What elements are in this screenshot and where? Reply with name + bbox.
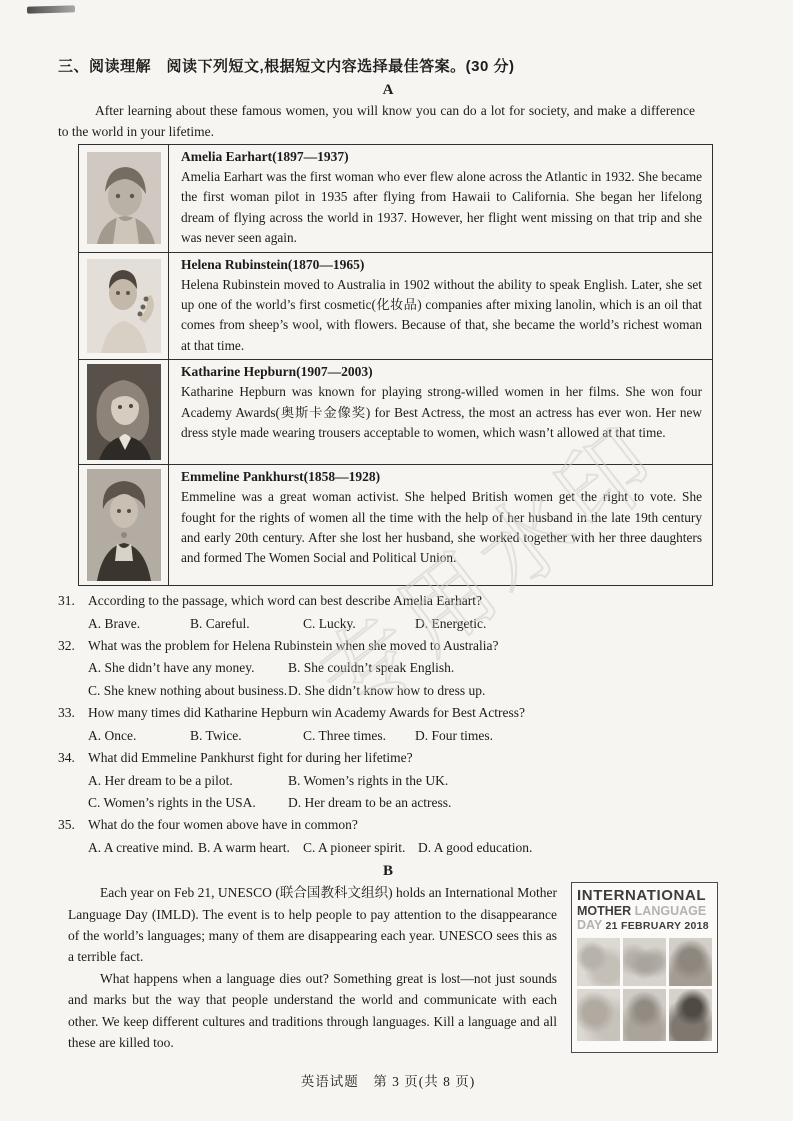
option-a: A. Brave. [88,613,190,635]
question-33: 33.How many times did Katharine Hepburn … [58,702,718,747]
options-row: A. Once.B. Twice.C. Three times.D. Four … [88,725,718,747]
profile-name: Katharine Hepburn [181,364,296,379]
passage-b-paragraph-1: Each year on Feb 21, UNESCO (联合国教科文组织) h… [68,882,557,968]
question-text: What was the problem for Helena Rubinste… [88,635,499,657]
exam-page: 专用水印 三、阅读理解 阅读下列短文,根据短文内容选择最佳答案。(30 分) A… [0,0,793,1121]
table-row-emmeline-pankhurst: Emmeline Pankhurst(1858—1928) Emmeline w… [79,464,712,585]
option-c: C. Lucky. [303,613,415,635]
options-row: C. Women’s rights in the USA.D. Her drea… [88,792,718,814]
question-35: 35.What do the four women above have in … [58,814,718,859]
table-row-amelia-earhart: Amelia Earhart(1897—1937) Amelia Earhart… [79,145,712,252]
question-text: How many times did Katharine Hepburn win… [88,702,525,724]
profile-bio: Amelia Earhart was the first woman who e… [181,167,702,249]
table-row-helena-rubinstein: Helena Rubinstein(1870—1965) Helena Rubi… [79,252,712,360]
profile-name-line: Emmeline Pankhurst(1858—1928) [181,467,702,487]
option-b: B. Twice. [190,725,303,747]
options-row: A. A creative mind.B. A warm heart.C. A … [88,837,718,859]
passage-b-text: Each year on Feb 21, UNESCO (联合国教科文组织) h… [68,882,557,1053]
table-row-katharine-hepburn: Katharine Hepburn(1907—2003) Katharine H… [79,359,712,464]
part-a-label: A [58,80,718,100]
option-a: A. Her dream to be a pilot. [88,770,288,792]
option-d: D. A good education. [418,837,532,859]
profile-name: Emmeline Pankhurst [181,469,304,484]
option-d: D. She didn’t know how to dress up. [288,680,485,702]
option-d: D. Her dream to be an actress. [288,792,451,814]
bio-cell: Katharine Hepburn(1907—2003) Katharine H… [169,360,712,464]
options-row: C. She knew nothing about business.D. Sh… [88,680,718,702]
poster-title-line2: MOTHER LANGUAGE [577,904,712,918]
option-b: B. She couldn’t speak English. [288,657,454,679]
profile-bio: Emmeline was a great woman activist. She… [181,487,702,569]
passage-b: Each year on Feb 21, UNESCO (联合国教科文组织) h… [68,882,718,1053]
option-c: C. Women’s rights in the USA. [88,792,288,814]
passage-b-paragraph-2: What happens when a language dies out? S… [68,968,557,1054]
photo-cell [79,145,169,252]
question-31: 31.According to the passage, which word … [58,590,718,635]
poster-word-day: DAY [577,918,602,932]
katharine-hepburn-photo [87,364,161,460]
profile-bio: Katharine Hepburn was known for playing … [181,382,702,443]
helena-rubinstein-photo [87,259,161,353]
profile-name-line: Amelia Earhart(1897—1937) [181,147,702,167]
option-c: C. A pioneer spirit. [303,837,418,859]
emmeline-pankhurst-photo [87,469,161,581]
option-b: B. Women’s rights in the UK. [288,770,448,792]
option-d: D. Energetic. [415,613,486,635]
option-d: D. Four times. [415,725,493,747]
poster-title-line3: DAY 21 FEBRUARY 2018 [577,918,712,934]
question-number: 33. [58,702,88,724]
poster-photo [577,938,620,986]
bio-cell: Emmeline Pankhurst(1858—1928) Emmeline w… [169,465,712,585]
question-32: 32.What was the problem for Helena Rubin… [58,635,718,702]
poster-photo [623,938,666,986]
bio-cell: Helena Rubinstein(1870—1965) Helena Rubi… [169,253,712,360]
bio-cell: Amelia Earhart(1897—1937) Amelia Earhart… [169,145,712,252]
question-34: 34.What did Emmeline Pankhurst fight for… [58,747,718,814]
photo-cell [79,360,169,464]
part-b-label: B [58,861,718,881]
poster-photo [669,989,712,1041]
question-text: According to the passage, which word can… [88,590,482,612]
options-row: A. Brave.B. Careful.C. Lucky.D. Energeti… [88,613,718,635]
question-text: What did Emmeline Pankhurst fight for du… [88,747,413,769]
questions-a: 31.According to the passage, which word … [58,590,718,859]
option-c: C. She knew nothing about business. [88,680,288,702]
profile-years: (1907—2003) [296,364,373,379]
profiles-table: Amelia Earhart(1897—1937) Amelia Earhart… [78,144,713,586]
section-header: 三、阅读理解 阅读下列短文,根据短文内容选择最佳答案。(30 分) [58,56,718,78]
amelia-earhart-photo [87,152,161,244]
options-row: A. Her dream to be a pilot.B. Women’s ri… [88,770,718,792]
poster-title-line1: INTERNATIONAL [577,888,712,904]
option-a: A. She didn’t have any money. [88,657,288,679]
question-number: 34. [58,747,88,769]
option-a: A. Once. [88,725,190,747]
option-b: B. A warm heart. [198,837,303,859]
imld-poster: INTERNATIONAL MOTHER LANGUAGE DAY 21 FEB… [571,882,718,1053]
poster-photo-grid [577,938,712,1041]
option-b: B. Careful. [190,613,303,635]
profile-years: (1897—1937) [272,149,349,164]
profile-name: Amelia Earhart [181,149,272,164]
poster-date: 21 FEBRUARY 2018 [606,920,709,932]
options-row: A. She didn’t have any money.B. She coul… [88,657,718,679]
profile-years: (1870—1965) [288,257,365,272]
photo-cell [79,253,169,360]
profile-bio: Helena Rubinstein moved to Australia in … [181,275,702,357]
option-a: A. A creative mind. [88,837,198,859]
question-number: 35. [58,814,88,836]
profile-years: (1858—1928) [304,469,381,484]
poster-photo [623,989,666,1041]
profile-name: Helena Rubinstein [181,257,288,272]
question-number: 31. [58,590,88,612]
profile-name-line: Helena Rubinstein(1870—1965) [181,255,702,275]
question-text: What do the four women above have in com… [88,814,358,836]
page-footer: 英语试题 第 3 页(共 8 页) [58,1070,718,1090]
poster-photo [669,938,712,986]
poster-word-mother: MOTHER [577,904,631,918]
option-c: C. Three times. [303,725,415,747]
profile-name-line: Katharine Hepburn(1907—2003) [181,362,702,382]
photo-cell [79,465,169,585]
passage-a-intro: After learning about these famous women,… [58,100,695,142]
poster-word-language: LANGUAGE [635,904,707,918]
question-number: 32. [58,635,88,657]
poster-photo [577,989,620,1041]
